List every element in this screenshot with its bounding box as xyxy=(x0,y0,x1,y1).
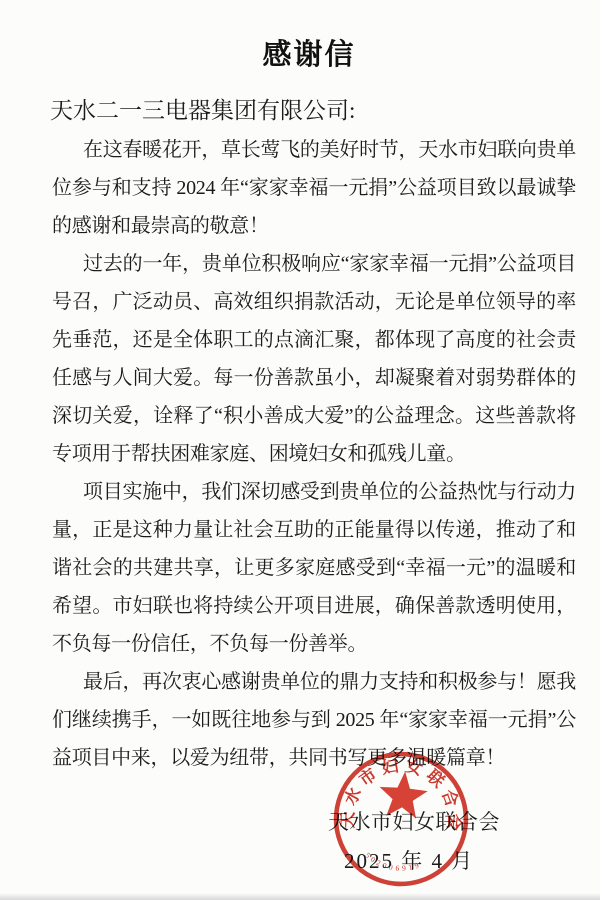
body-paragraph: 最后，再次衷心感谢贵单位的鼎力支持和积极参与！愿我们继续携手，一如既往地参与到 … xyxy=(52,663,576,777)
body-paragraph: 过去的一年，贵单位积极响应“家家幸福一元捐”公益项目号召，广泛动员、高效组织捐款… xyxy=(52,245,576,473)
body-paragraph: 在这春暖花开，草长莺飞的美好时节，天水市妇联向贵单位参与和支持 2024 年“家… xyxy=(52,131,576,245)
signature-date: 2025 年 4 月 xyxy=(344,845,474,875)
scan-edge-shadow xyxy=(0,893,600,900)
body-paragraph: 项目实施中，我们深切感受到贵单位的公益热忱与行动力量，正是这种力量让社会互助的正… xyxy=(52,473,576,663)
salutation: 天水二一三电器集团有限公司: xyxy=(50,97,576,125)
letter-body: 在这春暖花开，草长莺飞的美好时节，天水市妇联向贵单位参与和支持 2024 年“家… xyxy=(52,131,576,777)
letter-title: 感谢信 xyxy=(0,32,600,73)
signature-name: 天水市妇女联合会 xyxy=(328,806,500,836)
letter-page: 感谢信 天水二一三电器集团有限公司: 在这春暖花开，草长莺飞的美好时节，天水市妇… xyxy=(0,0,600,900)
